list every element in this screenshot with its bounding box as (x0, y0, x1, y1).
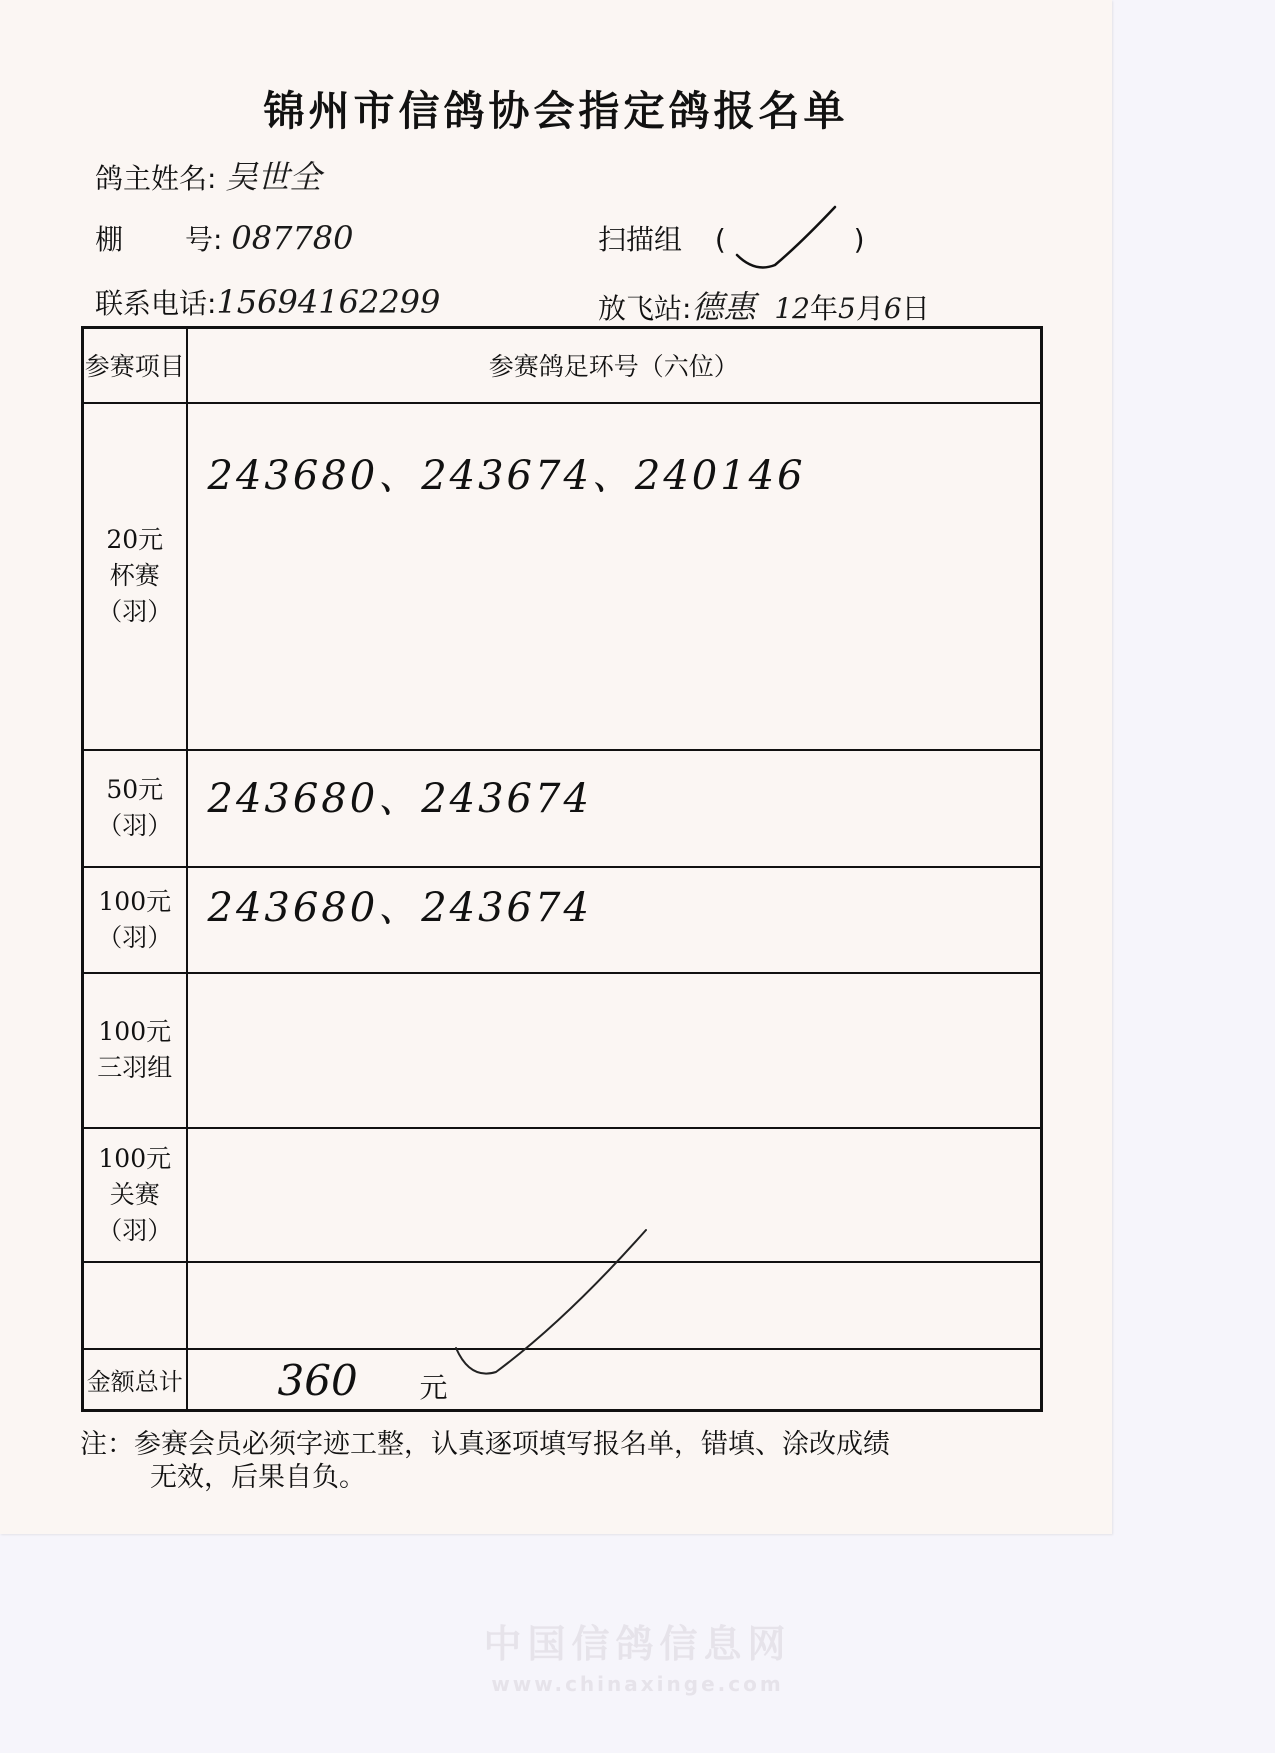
owner-label: 鸽主姓名: (95, 162, 216, 195)
phone-value[interactable]: 15694162299 (216, 283, 440, 321)
col-header-category: 参赛项目 (83, 328, 187, 403)
loft-value[interactable]: 087780 (231, 219, 353, 257)
total-label: 金额总计 (83, 1349, 187, 1411)
watermark-url: www.chinaxinge.com (0, 1672, 1275, 1696)
checkmark-icon (731, 203, 851, 283)
owner-field: 鸽主姓名: 吴世全 (95, 152, 321, 198)
note-text: 注：参赛会员必须字迹工整，认真逐项填写报名单，错填、涂改成绩 无效，后果自负。 (80, 1428, 890, 1494)
loft-field: 棚号: 087780 (95, 218, 354, 258)
category-cell-empty (83, 1262, 187, 1349)
owner-value[interactable]: 吴世全 (225, 158, 321, 196)
table-row: 20元杯赛（羽） 243680、243674、240146 (83, 403, 1042, 750)
entry-table: 参赛项目 参赛鸽足环号（六位） 20元杯赛（羽） 243680、243674、2… (81, 326, 1043, 1412)
category-cell: 100元（羽） (83, 867, 187, 973)
total-cell[interactable]: 360 元 (187, 1349, 1042, 1411)
category-cell: 50元（羽） (83, 750, 187, 867)
phone-label: 联系电话: (95, 287, 216, 320)
form-paper: 锦州市信鸽协会指定鸽报名单 鸽主姓名: 吴世全 棚号: 087780 联系电话:… (0, 0, 1112, 1534)
category-cell: 20元杯赛（羽） (83, 403, 187, 750)
rings-cell[interactable] (187, 973, 1042, 1128)
rings-cell[interactable]: 243680、243674 (187, 867, 1042, 973)
ring-numbers: 243680、243674、240146 (208, 444, 806, 501)
station-value[interactable]: 德惠 (691, 288, 755, 326)
station-label: 放飞站: (598, 292, 691, 325)
total-value: 360 (278, 1356, 358, 1405)
scan-label: 扫描组 (598, 223, 682, 256)
category-cell: 100元关赛（羽） (83, 1128, 187, 1262)
col-header-rings: 参赛鸽足环号（六位） (187, 328, 1042, 403)
rings-cell[interactable]: 243680、243674 (187, 750, 1042, 867)
scan-group-field: 扫描组 ( ) (598, 218, 865, 258)
date-month-unit: 月 (856, 292, 884, 325)
date-day-unit: 日 (902, 292, 930, 325)
phone-field: 联系电话:15694162299 (95, 282, 440, 322)
ring-numbers: 243680、243674 (208, 876, 592, 933)
loft-label-1: 棚 (95, 223, 123, 256)
form-title: 锦州市信鸽协会指定鸽报名单 (0, 78, 1112, 137)
scan-close-paren: ) (854, 223, 865, 256)
table-header-row: 参赛项目 参赛鸽足环号（六位） (83, 328, 1042, 403)
date-year[interactable]: 12 (774, 292, 810, 325)
table-row: 100元三羽组 (83, 973, 1042, 1128)
total-row: 金额总计 360 元 (83, 1349, 1042, 1411)
date-day[interactable]: 6 (884, 292, 902, 325)
scan-open-paren: ( (715, 223, 726, 256)
rings-cell[interactable]: 243680、243674、240146 (187, 403, 1042, 750)
ring-numbers: 243680、243674 (208, 767, 592, 824)
note-line-1: 注：参赛会员必须字迹工整，认真逐项填写报名单，错填、涂改成绩 (80, 1429, 890, 1460)
loft-label-2: 号: (185, 223, 222, 256)
note-line-2: 无效，后果自负。 (80, 1461, 890, 1494)
station-field: 放飞站:德惠 12年5月6日 (598, 282, 930, 328)
date-year-unit: 年 (810, 292, 838, 325)
date-month[interactable]: 5 (838, 292, 856, 325)
category-cell: 100元三羽组 (83, 973, 187, 1128)
watermark-title: 中国信鸽信息网 (0, 1613, 1275, 1668)
table-row: 100元（羽） 243680、243674 (83, 867, 1042, 973)
watermark: 中国信鸽信息网 www.chinaxinge.com (0, 1613, 1275, 1696)
checkmark-icon (456, 1230, 656, 1370)
table-row: 50元（羽） 243680、243674 (83, 750, 1042, 867)
total-unit: 元 (420, 1366, 448, 1406)
